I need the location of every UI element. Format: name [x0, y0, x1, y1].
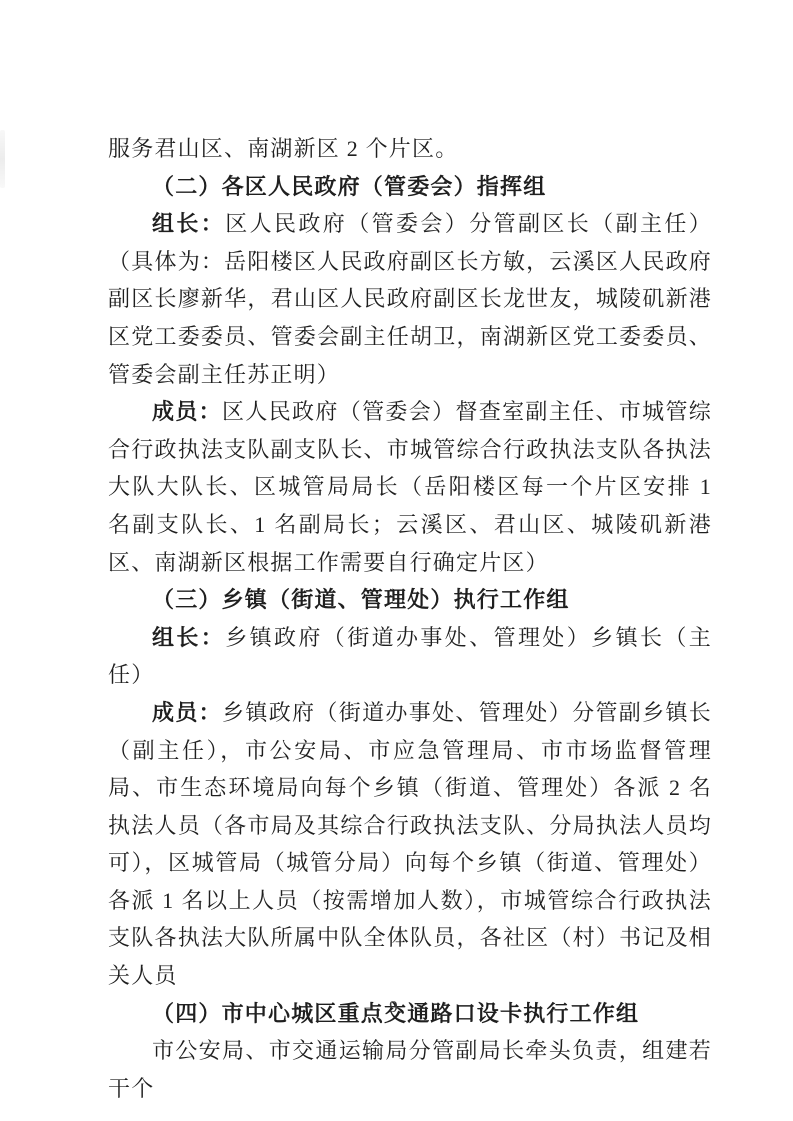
paragraph-body: 市公安局、市交通运输局分管副局长牵头负责，组建若干个 [108, 1032, 712, 1107]
scan-artifact [0, 130, 5, 188]
paragraph-leader: 组长：区人民政府（管委会）分管副区长（副主任）（具体为：岳阳楼区人民政府副区长方… [108, 205, 712, 393]
page-footer: – 9 – [0, 997, 793, 1017]
paragraph-members: 成员：区人民政府（管委会）督查室副主任、市城管综合行政执法支队副支队长、市城管综… [108, 393, 712, 581]
role-label: 组长： [152, 625, 225, 650]
paragraph-text: 乡镇政府（街道办事处、管理处）分管副乡镇长（副主任），市公安局、市应急管理局、市… [108, 700, 712, 988]
section-heading-3: （三）乡镇（街道、管理处）执行工作组 [108, 581, 712, 619]
paragraph-text: 区人民政府（管委会）分管副区长（副主任）（具体为：岳阳楼区人民政府副区长方敏，云… [108, 211, 712, 386]
role-label: 成员： [152, 700, 222, 725]
document-body: 服务君山区、南湖新区 2 个片区。 （二）各区人民政府（管委会）指挥组 组长：区… [108, 130, 712, 1107]
paragraph-text: 区人民政府（管委会）督查室副主任、市城管综合行政执法支队副支队长、市城管综合行政… [108, 399, 712, 574]
role-label: 组长： [152, 211, 225, 236]
paragraph-leader: 组长：乡镇政府（街道办事处、管理处）乡镇长（主任） [108, 619, 712, 694]
paragraph-text: 市公安局、市交通运输局分管副局长牵头负责，组建若干个 [108, 1038, 712, 1101]
page-number: – 9 – [365, 997, 429, 1016]
paragraph-members: 成员：乡镇政府（街道办事处、管理处）分管副乡镇长（副主任），市公安局、市应急管理… [108, 694, 712, 995]
paragraph-text: 服务君山区、南湖新区 2 个片区。 [108, 136, 458, 161]
paragraph-continuation: 服务君山区、南湖新区 2 个片区。 [108, 130, 712, 168]
heading-text: （二）各区人民政府（管委会）指挥组 [152, 174, 546, 199]
heading-text: （三）乡镇（街道、管理处）执行工作组 [152, 587, 570, 612]
role-label: 成员： [152, 399, 222, 424]
document-page: 服务君山区、南湖新区 2 个片区。 （二）各区人民政府（管委会）指挥组 组长：区… [0, 0, 793, 1121]
section-heading-2: （二）各区人民政府（管委会）指挥组 [108, 168, 712, 206]
